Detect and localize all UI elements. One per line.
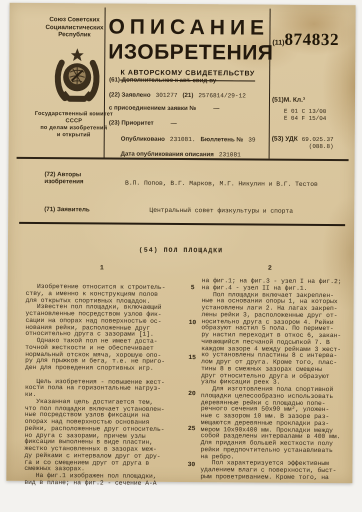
field-61-row: (61) Дополнительное к авт. свид-ву — [109,76,239,84]
ussr-coat-of-arms-icon [52,47,102,105]
body-text-column-1: Изобретение относится к строитель- ству,… [24,284,191,488]
scan-background: Союз Советских Социалистических Республи… [0,0,362,512]
bulletin-label: Бюллетень № [201,136,244,143]
bulletin-number: 39 [248,136,255,143]
authors-names: В.П. Попов, В.Г. Марков, М.Г. Никулин и … [96,179,346,188]
line-number-15: 15 [184,354,200,361]
published-label: Опубликовано [121,136,165,143]
field-61-label: (61) Дополнительное к авт. свид-ву [109,76,216,84]
field-23-row: (23) Приоритет — [109,119,177,126]
line-number-25: 25 [184,425,200,432]
ipc-class-label: (51)М. Кл.³ [272,97,352,105]
field-22-label: (22) Заявлено [109,91,151,98]
field-23-value: — [171,120,177,127]
field-22-value: 301277 [156,92,178,99]
publication-number: (11)874832 [272,30,352,51]
publication-number-prefix: (11) [272,40,284,47]
document-title-line2: ИЗОБРЕТЕНИЯ [108,39,267,65]
description-date-row: Дата опубликования описания 231081 [121,151,241,159]
document-title-line1: ОПИСАНИЕ [108,15,267,40]
field-23-label: (23) Приоритет [109,119,154,126]
publication-number-value: 874832 [284,30,339,49]
body-text-column-2: на фиг.1; на фиг.3 - узел I на фиг.2; на… [200,278,353,482]
invention-title: (54) ПОЛ ПЛОЩАДКИ [8,246,354,255]
field-61-value: — [233,77,239,84]
applicant-name: Центральный совет физкультуры и спорта [96,206,346,215]
section-divider-rule [19,222,345,226]
line-number-20: 20 [184,390,200,397]
field-21-value: 2576814/29-12 [198,92,246,99]
annex-value: — [213,105,219,112]
column-2-number: 2 [268,265,272,272]
annex-label: с присоединением заявки № [109,104,196,112]
column-1-number: 1 [100,264,104,271]
field-22-row: (22) Заявлено 301277 (21) 2576814/29-12 [109,91,246,99]
udc-label: (53) УДК [272,136,298,150]
line-number-30: 30 [183,461,199,468]
udc-block: (53) УДК 69.025.37 (088.8) [272,136,356,151]
published-row: Опубликовано 231081. Бюллетень № 39 [121,136,256,144]
document-title: ОПИСАНИЕ ИЗОБРЕТЕНИЯ [108,15,267,65]
description-date-value: 231081 [219,151,241,158]
annex-row: с присоединением заявки № — [109,104,219,112]
field-21-label: (21) [183,92,194,99]
line-number-10: 10 [184,319,200,326]
description-date-label: Дата опубликования описания [121,151,214,159]
patent-document-page: Союз Советских Социалистических Республи… [6,3,355,483]
line-number-5: 5 [185,284,201,291]
ipc-class-block: (51)М. Кл.³ Е 01 С 13/00 Е 04 F 15/04 [272,97,352,123]
ipc-class-code: Е 04 F 15/04 [284,115,352,123]
ipc-class-codes: Е 01 С 13/00 Е 04 F 15/04 [272,108,352,123]
published-date: 231081. [170,136,196,143]
udc-value: 69.025.37 (088.8) [302,136,334,150]
